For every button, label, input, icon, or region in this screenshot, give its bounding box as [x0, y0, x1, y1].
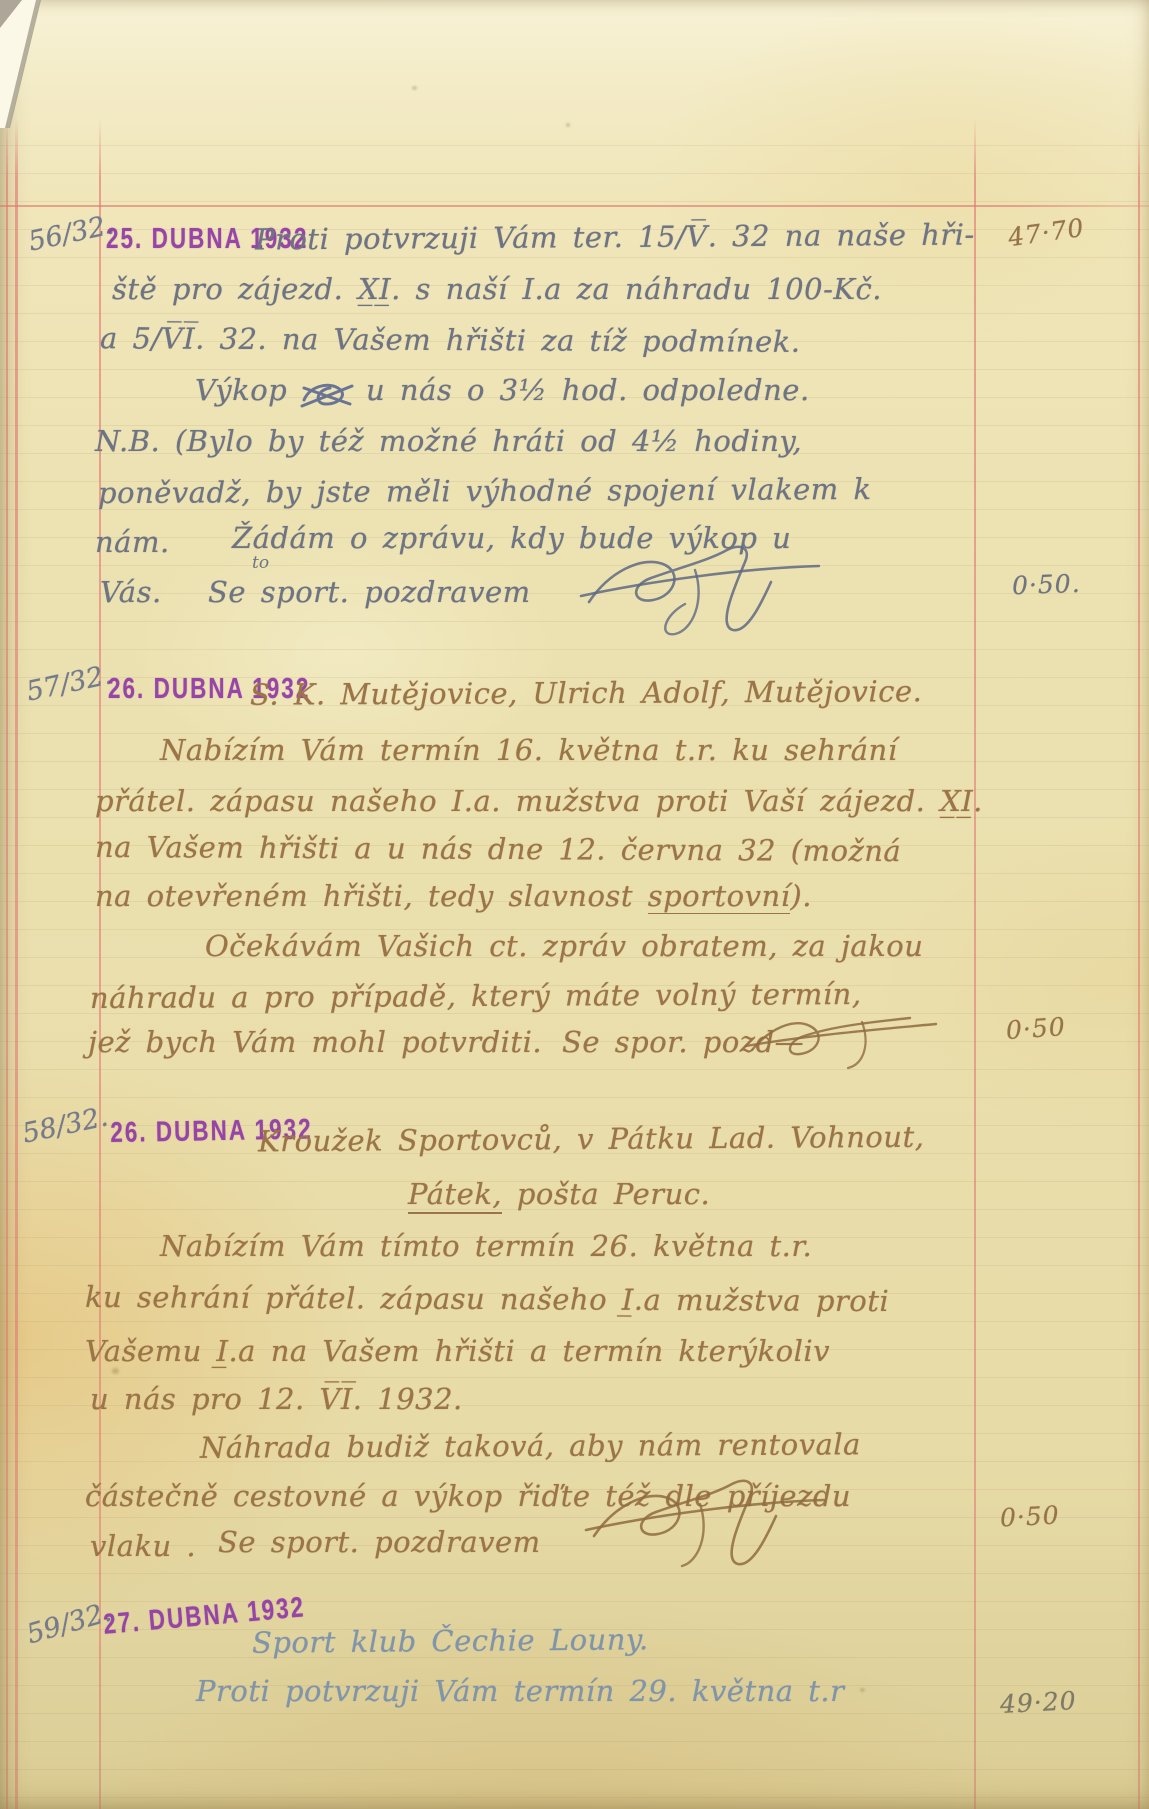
paper-speck	[112, 1368, 119, 1374]
signature-flourish	[742, 1006, 942, 1076]
letter-line: na otevřeném hřišti, tedy slavnost sport…	[95, 879, 812, 913]
letter-line: Pátek, pošta Peruc.	[408, 1177, 710, 1211]
paper-speck	[412, 86, 417, 90]
red-rule-left-inner	[15, 118, 18, 1809]
letter-line: S. K. Mutějovice, Ulrich Adolf, Mutějovi…	[250, 674, 922, 712]
letter-line: ště pro zájezd. X̲I̲. s naší I.a za náhr…	[112, 272, 882, 306]
letter-line: Nabízím Vám tímto termín 26. května t.r.	[160, 1229, 812, 1263]
letter-line: ku sehrání přátel. zápasu našeho I̲.a mu…	[85, 1280, 889, 1318]
letter-line: vlaku .	[90, 1529, 196, 1563]
paper-speck	[566, 123, 570, 127]
underlined-word: Pátek,	[408, 1177, 502, 1214]
letter-line: u nás pro 12. V̅I̅. 1932.	[90, 1382, 463, 1416]
fee-amount: 0·50.	[1012, 569, 1082, 600]
letter-line: Sport klub Čechie Louny.	[252, 1622, 649, 1659]
letter-line: Proti potvrzuji Vám termín 29. května t.…	[196, 1674, 845, 1708]
letter-line: poněvadž, by jste měli výhodné spojení v…	[98, 472, 872, 510]
ledger-page: 47·70 49·20 56/32. 25. DUBNA 1932 Proti …	[0, 0, 1149, 1809]
letter-line: Kroužek Sportovců, v Pátku Lad. Vohnout,	[258, 1120, 925, 1159]
letter-line: Nabízím Vám termín 16. května t.r. ku se…	[160, 733, 898, 767]
letter-line-segment: na otevřeném hřišti, tedy slavnost	[95, 879, 648, 913]
letter-line: N.B. (Bylo by též možné hráti od 4½ hodi…	[95, 424, 802, 458]
letter-line: jež bych Vám mohl potvrditi.	[88, 1025, 542, 1059]
entry-number: 57/32.	[24, 659, 115, 707]
letter-line: Proti potvrzuji Vám ter. 15/V̅. 32 na na…	[255, 217, 975, 256]
crossed-out-scribble	[296, 376, 358, 412]
letter-line-segment: ).	[790, 879, 812, 913]
letter-line: Výkop	[195, 373, 287, 407]
letter-line: Se sport. pozdravem	[208, 575, 531, 609]
paper-speck	[860, 1688, 865, 1692]
letter-line: a 5/V̅I̅. 32. na Vašem hřišti za tíž pod…	[100, 321, 801, 359]
letter-line: Vašemu I̲.a na Vašem hřišti a termín kte…	[85, 1334, 830, 1368]
letter-line: Náhrada budiž taková, aby nám rentovala	[200, 1427, 861, 1464]
fee-amount: 0·50	[1005, 1012, 1067, 1045]
letter-line: Se sport. pozdravem	[218, 1525, 541, 1559]
letter-line: Očekávám Vašich ct. zpráv obratem, za ja…	[205, 929, 923, 963]
red-rule-amount-column	[974, 118, 976, 1809]
underlined-word: sportovní	[648, 879, 791, 914]
letter-line: Vás.	[100, 575, 162, 609]
entry-number: 59/32.	[23, 1597, 115, 1651]
signature-flourish	[575, 538, 825, 638]
entry-number: 56/32.	[26, 209, 117, 257]
page-total: 49·20	[999, 1686, 1077, 1719]
letter-line: přátel. zápasu našeho I.a. mužstva proti…	[95, 784, 983, 818]
red-rule-left-outer	[6, 118, 8, 1809]
letter-line-segment: pošta Peruc.	[502, 1177, 710, 1211]
letter-line: nám.	[95, 525, 170, 559]
entry-number: 58/32.	[20, 1101, 111, 1149]
red-rule-right-edge	[1138, 118, 1140, 1809]
signature-flourish	[580, 1462, 830, 1572]
fee-amount: 0·50	[999, 1500, 1060, 1532]
insertion-mark: to	[252, 553, 269, 573]
red-rule-horizontal	[0, 205, 1149, 207]
letter-line: na Vašem hřišti a u nás dne 12. června 3…	[95, 830, 901, 868]
carried-total: 47·70	[1006, 213, 1086, 252]
letter-line: u nás o 3½ hod. odpoledne.	[366, 373, 810, 407]
